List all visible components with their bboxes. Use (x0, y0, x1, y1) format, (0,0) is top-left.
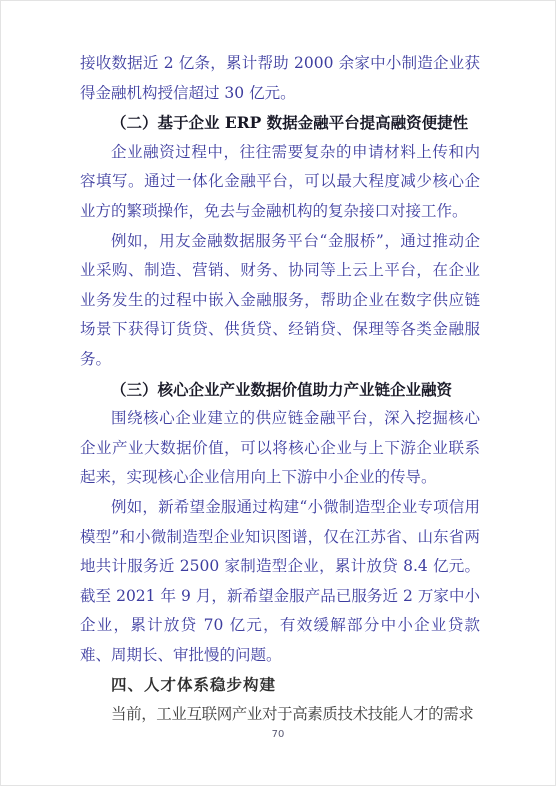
document-page: 接收数据近 2 亿条，累计帮助 2000 余家中小制造企业获得金融机构授信超过 … (0, 0, 556, 786)
page-number: 70 (1, 729, 555, 740)
paragraph-talent-demand: 当前，工业互联网产业对于高素质技术技能人才的需求 (80, 700, 480, 730)
section-heading-4: 四、人才体系稳步构建 (80, 670, 480, 700)
paragraph-core-enterprise: 围绕核心企业建立的供应链金融平台，深入挖掘核心企业产业大数据价值，可以将核心企业… (80, 404, 480, 493)
paragraph-yonyou-example: 例如，用友金融数据服务平台“金服桥”，通过推动企业采购、制造、营销、财务、协同等… (80, 227, 480, 375)
text-block: 接收数据近 2 亿条，累计帮助 2000 余家中小制造企业获得金融机构授信超过 … (80, 49, 480, 730)
paragraph-financing-process: 企业融资过程中，往往需要复杂的申请材料上传和内容填写。通过一体化金融平台，可以最… (80, 138, 480, 227)
paragraph-continuation: 接收数据近 2 亿条，累计帮助 2000 余家中小制造企业获得金融机构授信超过 … (80, 49, 480, 108)
section-heading-3: （三）核心企业产业数据价值助力产业链企业融资 (80, 375, 480, 405)
paragraph-newhope-example: 例如，新希望金服通过构建“小微制造型企业专项信用模型”和小微制造型企业知识图谱，… (80, 493, 480, 671)
section-heading-2: （二）基于企业 ERP 数据金融平台提高融资便捷性 (80, 108, 480, 138)
